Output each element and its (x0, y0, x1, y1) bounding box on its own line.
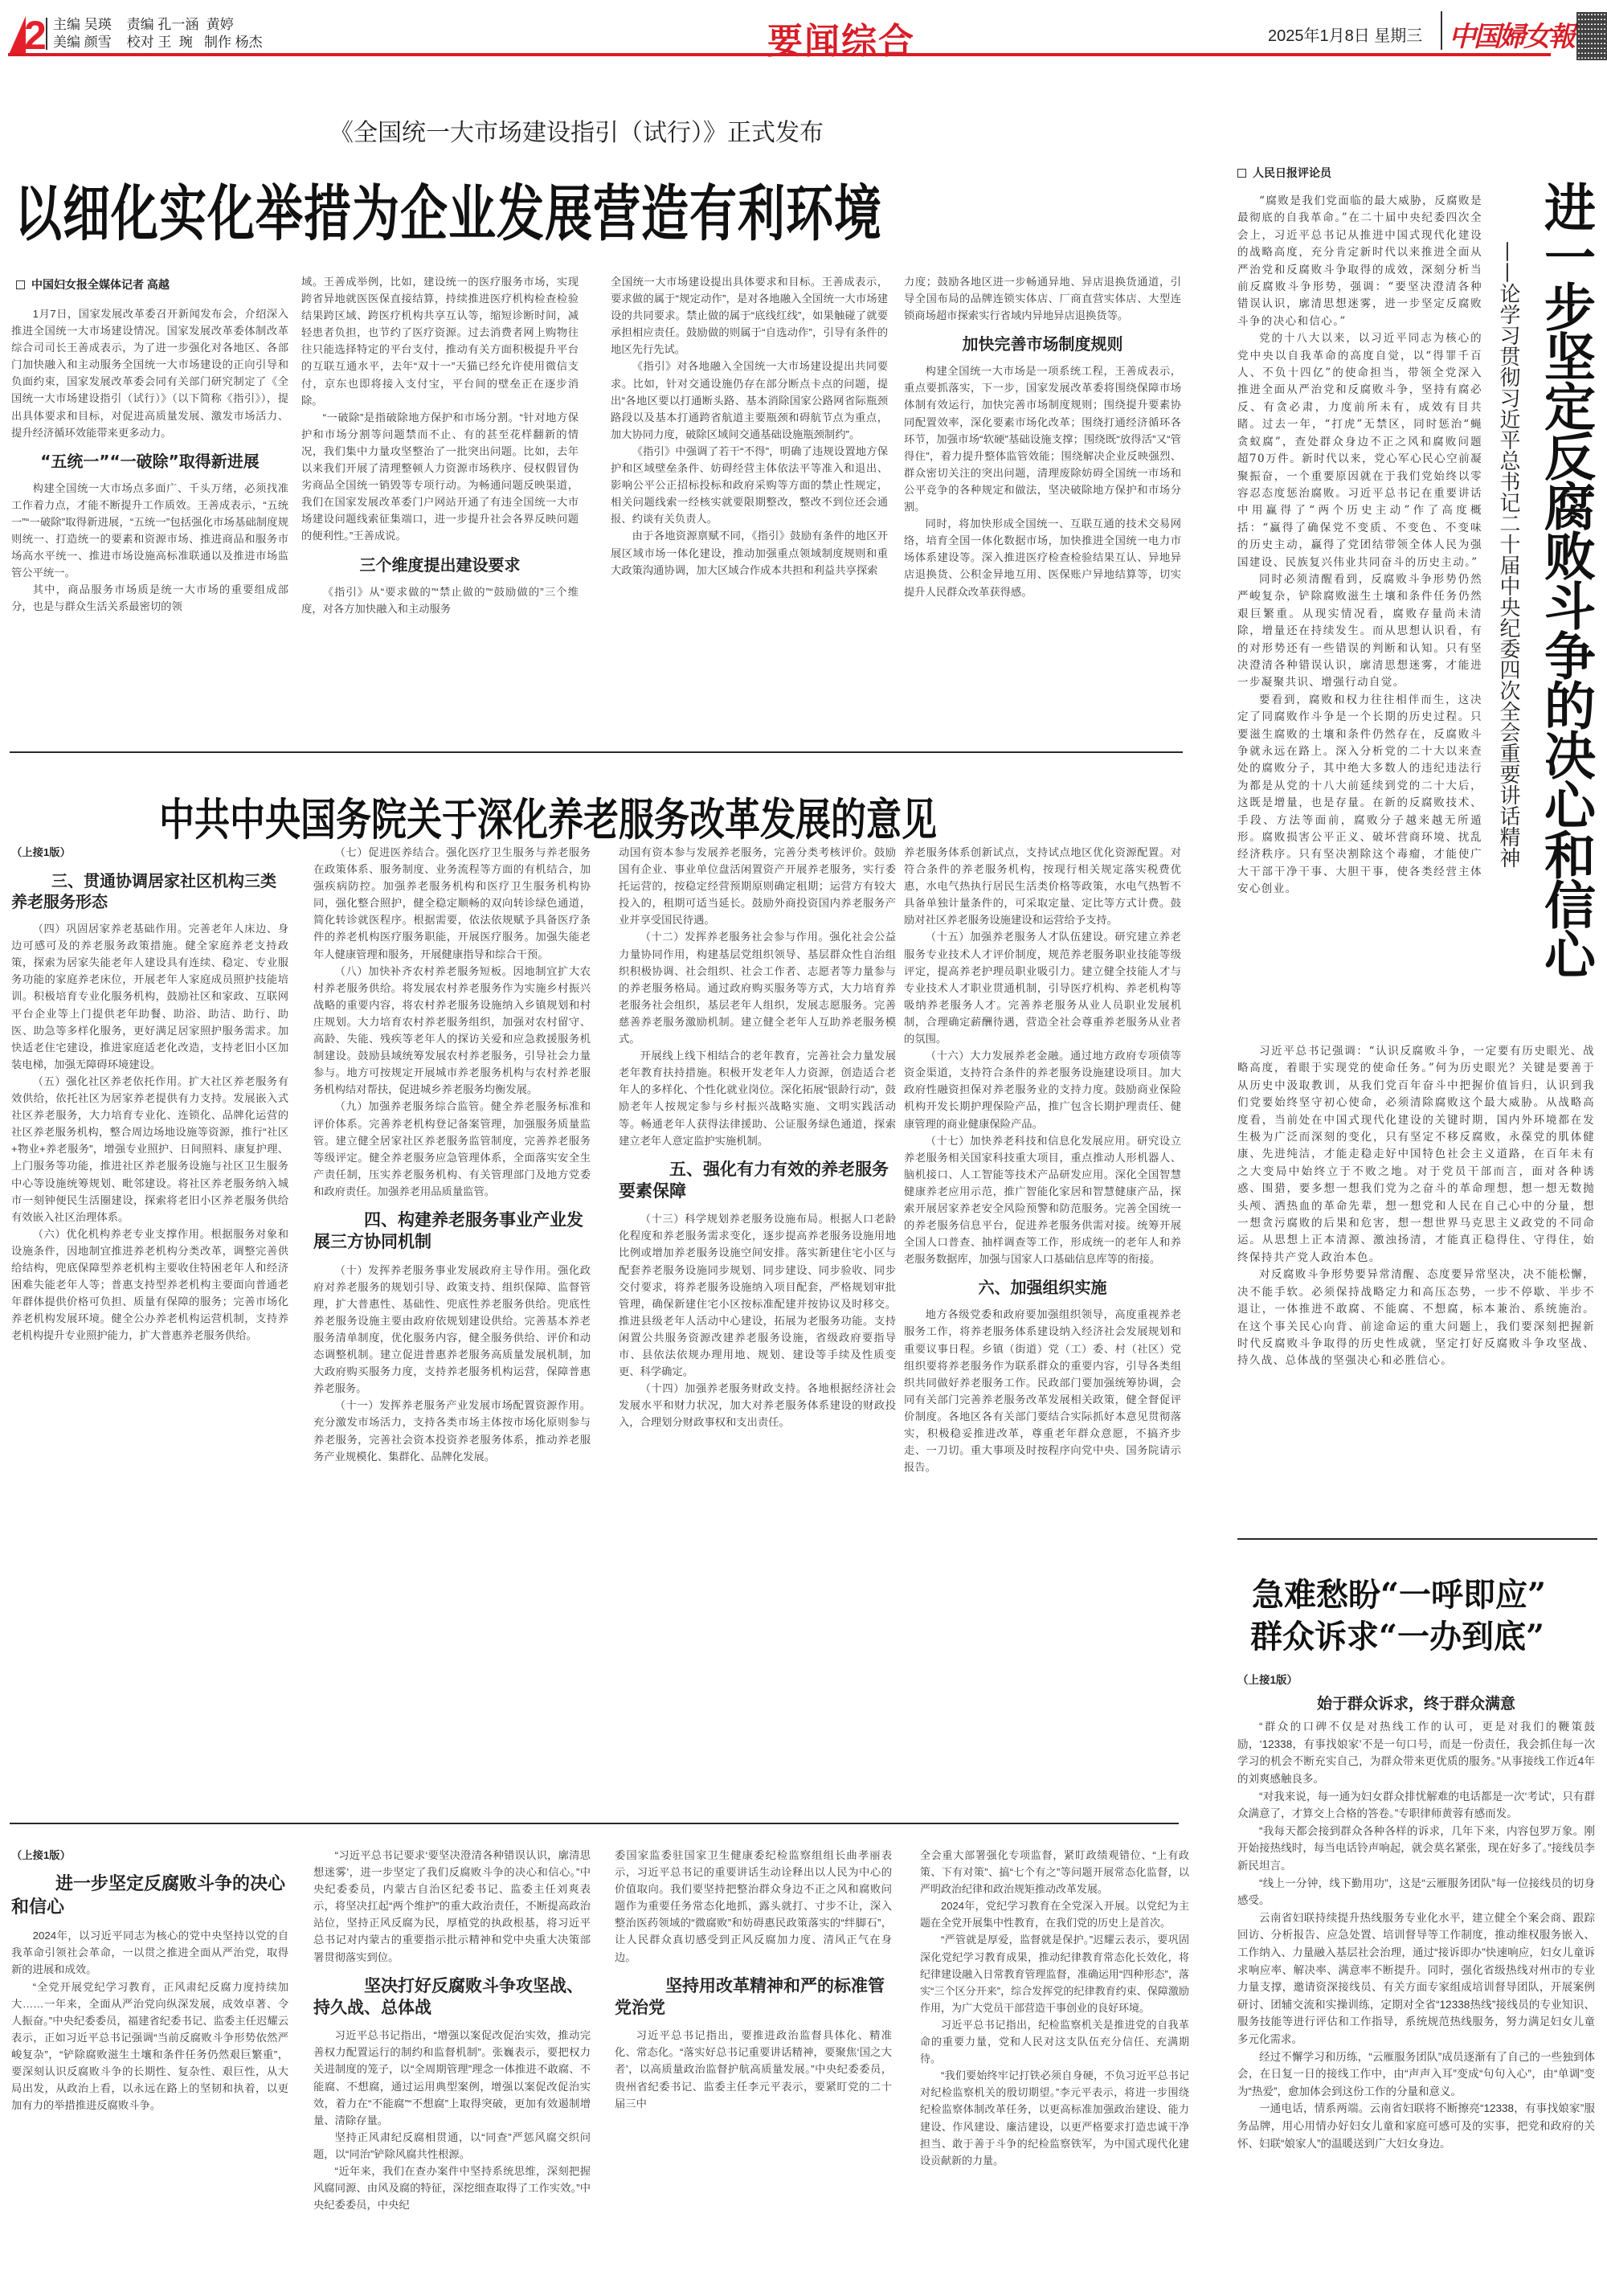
paragraph: “对我来说，每一通为妇女群众排忧解难的电话都是一次‘考试’，只有群众满意了，才算… (1237, 1788, 1595, 1823)
subheading: 六、加强组织实施 (904, 1277, 1181, 1298)
paragraph: 《指引》中强调了若干“不得”，明确了违规设置地方保护和区域壁垒条件、妨碍经营主体… (611, 443, 888, 527)
paragraph: （十七）加快养老科技和信息化发展应用。研究设立养老服务相关国家科技重大项目，重点… (904, 1132, 1181, 1268)
subheading: 坚决打好反腐败斗争攻坚战、持久战、总体战 (313, 1975, 591, 2020)
market-column-3: 全国统一大市场建设提出具体要求和目标。王善成表示，要求做的属于“规定动作”，是对… (611, 273, 888, 579)
paragraph: （九）加强养老服务综合监管。健全养老服务标准和评价体系。完善养老机构登记备案管理… (313, 1098, 591, 1200)
market-column-4: 力度；鼓励各地区进一步畅通异地、异店退换货通道，引导全国布局的品牌连锁实体店、厂… (904, 273, 1181, 600)
editor-credits: 主编 吴瑛 责编 孔一涵 黄婷美编 颜雪 校对 王 琬 制作 杨杰 (53, 16, 263, 51)
subheading: “五统一”“一破除”取得新进展 (11, 451, 288, 472)
paragraph: “一破除”是指破除地方保护和市场分割。“针对地方保护和市场分割等问题禁而不止、有… (301, 409, 579, 545)
paragraph: 构建全国统一大市场点多面广、千头万绪，必须找准工作着力点，才能不断提升工作质效。… (11, 480, 288, 582)
byline-box-icon (1237, 169, 1246, 178)
commentary-subhead-vertical: ——论学习贯彻习近平总书记二十届中央纪委四次全会重要讲话精神 (1496, 241, 1520, 868)
byline-text: 中国妇女报全媒体记者 高越 (31, 278, 170, 291)
paragraph: 由于各地资源禀赋不同，《指引》鼓励有条件的地区开展区域市场一体化建设，推动加强重… (611, 527, 888, 578)
paragraph: （七）促进医养结合。强化医疗卫生服务与养老服务在政策体系、服务制度、业务流程等方… (313, 844, 591, 963)
paragraph: （十一）发挥养老服务产业发展市场配置资源作用。充分激发市场活力，支持各类市场主体… (313, 1397, 591, 1464)
article-headline-line-2[interactable]: 群众诉求“一办到底” (1250, 1617, 1544, 1657)
qr-code-icon[interactable] (1576, 12, 1607, 60)
paragraph: （六）优化机构养老专业支撑作用。根据服务对象和设施条件，因地制宜推进养老机构分类… (11, 1226, 288, 1344)
paragraph: “全党开展党纪学习教育，正风肃纪反腐力度持续加大……一年来，全面从严治党向纵深发… (11, 1979, 288, 2114)
paragraph: 云南省妇联持续提升热线服务专业化水平，建立健全个案会商、跟踪回访、分析报告、应急… (1237, 1909, 1595, 2048)
paragraph: （十五）加强养老服务人才队伍建设。研究建立养老服务专业技术人才评价制度，规范养老… (904, 928, 1181, 1047)
anticorruption-column-3: 委国家监委驻国家卫生健康委纪检监察组组长曲孝丽表示，习近平总书记的重要讲话生动诠… (615, 1847, 892, 2112)
paragraph: 地方各级党委和政府要加强组织领导，高度重视养老服务工作，将养老服务体系建设纳入经… (904, 1306, 1181, 1475)
paragraph: 1月7日，国家发展改革委召开新闻发布会，介绍深入推进全国统一大市场建设情况。国家… (11, 305, 288, 441)
paragraph: “腐败是我们党面临的最大威胁，反腐败是最彻底的自我革命。”在二十届中央纪委四次全… (1237, 193, 1482, 330)
paragraph: 全会重大部署强化专项监督，紧盯政绩观错位、“上有政策、下有对策”、搞“七个有之”… (920, 1847, 1189, 1897)
article-headline[interactable]: 中共中央国务院关于深化养老服务改革发展的意见 (159, 784, 937, 848)
paragraph: 习近平总书记指出，“增强以案促改促治实效，推动完善权力配置运行的制约和监督机制”… (313, 2027, 591, 2129)
continued-label: （上接1版） (11, 844, 288, 861)
commentary-byline: 人民日报评论员 (1237, 165, 1331, 181)
elderly-column-3: 动国有资本参与发展养老服务，完善分类考核评价。鼓励国有企业、事业单位盘活闲置资产… (619, 844, 896, 1431)
paragraph: 域。王善成举例，比如，建设统一的医疗服务市场，实现跨省异地就医医保直接结算，持续… (301, 273, 579, 409)
paragraph: （十四）加强养老服务财政支持。各地根据经济社会发展水平和财力状况，加大对养老服务… (619, 1380, 896, 1430)
page-number-badge: 2 (8, 16, 45, 56)
commentary-body-wide: 习近平总书记强调：“认识反腐败斗争，一定要有历史眼光、战略高度，着眼于实现党的使… (1237, 1043, 1595, 1370)
paragraph: 力度；鼓励各地区进一步畅通异地、异店退换货通道，引导全国布局的品牌连锁实体店、厂… (904, 273, 1181, 324)
article-headline[interactable]: 以细化实化举措为企业发展营造有利环境 (14, 165, 882, 252)
anticorruption-column-1: （上接1版） 进一步坚定反腐败斗争的决心和信心 2024年，以习近平同志为核心的… (11, 1847, 288, 2114)
paragraph: 经过不懈学习和历练，“云雁服务团队”成员逐渐有了自己的一些独到体会，在日复一日的… (1237, 2048, 1595, 2101)
subheading: 进一步坚定反腐败斗争的决心和信心 (11, 1873, 288, 1919)
paragraph: （四）巩固居家养老基础作用。完善老年人床边、身边可感可及的养老服务政策措施。健全… (11, 920, 288, 1073)
paragraph: （十三）科学规划养老服务设施布局。根据人口老龄化程度和养老服务需求变化，逐步提高… (619, 1210, 896, 1380)
continued-label: （上接1版） (11, 1847, 288, 1864)
commentary-headline-vertical[interactable]: 进一步坚定反腐败斗争的决心和信心 (1536, 181, 1594, 978)
paragraph: 习近平总书记强调：“认识反腐败斗争，一定要有历史眼光、战略高度，着眼于实现党的使… (1237, 1043, 1595, 1267)
section-divider (1237, 1538, 1597, 1540)
hotline-body: （上接1版） 始于群众诉求，终于群众满意 “群众的口碑不仅是对热线工作的认可，更… (1237, 1672, 1595, 2152)
elderly-column-1: （上接1版） 三、贯通协调居家社区机构三类养老服务形态 （四）巩固居家养老基础作… (11, 844, 288, 1344)
paragraph: 同时，将加快形成全国统一、互联互通的技术交易网络，培育全国一体化数据市场，加快推… (904, 515, 1181, 600)
paragraph: “我们要始终牢记打铁必须自身硬，不负习近平总书记对纪检监察机关的殷切期望。”李元… (920, 2067, 1189, 2169)
paragraph: 委国家监委驻国家卫生健康委纪检监察组组长曲孝丽表示，习近平总书记的重要讲话生动诠… (615, 1847, 892, 1966)
paragraph: 要看到，腐败和权力往往相伴而生，这决定了同腐败作斗争是一个长期的历史过程。只要滋… (1237, 692, 1482, 898)
commentary-body: “腐败是我们党面临的最大威胁，反腐败是最彻底的自我革命。”在二十届中央纪委四次全… (1237, 193, 1482, 898)
byline-box-icon (16, 280, 25, 289)
paragraph: “习近平总书记要求‘要坚决澄清各种错误认识，廓清思想迷雾’，进一步坚定了我们反腐… (313, 1847, 591, 1966)
subheading: 四、构建养老服务事业产业发展三方协同机制 (313, 1209, 591, 1254)
paragraph: 习近平总书记指出，要推进政治监督具体化、精准化、常态化。“落实好总书记重要讲话精… (615, 2027, 892, 2111)
paragraph: （十二）发挥养老服务社会参与作用。强化社会公益力量协同作用，构建基层党组织领导、… (619, 928, 896, 1047)
paragraph: 同时必须清醒看到，反腐败斗争形势仍然严峻复杂，铲除腐败滋生土壤和条件任务仍然艰巨… (1237, 571, 1482, 692)
section-divider (10, 751, 1183, 753)
credits-line-2: 美编 颜雪 校对 王 琬 制作 杨杰 (53, 34, 263, 51)
page-number: 2 (24, 13, 47, 58)
subheading: 三个维度提出建设要求 (301, 555, 579, 575)
masthead-divider (46, 18, 47, 50)
market-column-2: 域。王善成举例，比如，建设统一的医疗服务市场，实现跨省异地就医医保直接结算，持续… (301, 273, 579, 617)
elderly-column-4: 养老服务体系创新试点，支持试点地区优化资源配置。对符合条件的养老服务机构，按现行… (904, 844, 1181, 1475)
paragraph: 构建全国统一大市场是一项系统工程，王善成表示，重点要抓落实，下一步，国家发展改革… (904, 362, 1181, 515)
paragraph: （十六）大力发展养老金融。通过地方政府专项债等资金渠道，支持符合条件的养老服务设… (904, 1047, 1181, 1132)
paragraph: 养老服务体系创新试点，支持试点地区优化资源配置。对符合条件的养老服务机构，按现行… (904, 844, 1181, 928)
paragraph: “线上一分钟，线下勤用功”，这是“云雁服务团队”每一位接线员的切身感受。 (1237, 1875, 1595, 1909)
section-divider (10, 1823, 1179, 1824)
paragraph: 2024年，以习近平同志为核心的党中央坚持以党的自我革命引领社会革命，一以贯之推… (11, 1927, 288, 1978)
paragraph: 动国有资本参与发展养老服务，完善分类考核评价。鼓励国有企业、事业单位盘活闲置资产… (619, 844, 896, 928)
paragraph: “严管就是厚爱，监督就是保护。”迟耀云表示，要巩固深化党纪学习教育成果，推动纪律… (920, 1931, 1189, 2016)
elderly-column-2: （七）促进医养结合。强化医疗卫生服务与养老服务在政策体系、服务制度、业务流程等方… (313, 844, 591, 1465)
article-headline-line-1[interactable]: 急难愁盼“一呼即应” (1252, 1575, 1546, 1615)
paragraph: 习近平总书记指出，纪检监察机关是推进党的自我革命的重要力量，党和人民对这支队伍充… (920, 2016, 1189, 2067)
page-number-slant (8, 16, 26, 56)
paragraph: 《指引》从“要求做的”“禁止做的”“鼓励做的”三个维度，对各方加快融入和主动服务 (301, 583, 579, 617)
masthead: 2 主编 吴瑛 责编 孔一涵 黄婷美编 颜雪 校对 王 琬 制作 杨杰 要闻综合… (0, 0, 1607, 56)
paragraph: 《指引》对各地融入全国统一大市场建设提出共同要求。比如，针对交通设施仍存在部分断… (611, 358, 888, 442)
subheading: 五、强化有力有效的养老服务要素保障 (619, 1159, 896, 1203)
newspaper-logo[interactable]: 中国婦女報 (1449, 14, 1573, 54)
byline-text: 人民日报评论员 (1253, 166, 1331, 179)
paragraph: （八）加快补齐农村养老服务短板。因地制宜扩大农村养老服务供给。将发展农村养老服务… (313, 963, 591, 1099)
paragraph: 一通电话，情系两端。云南省妇联将不断擦亮“12338，有事找娘家”服务品牌，用心… (1237, 2100, 1595, 2152)
paragraph: 开展线上线下相结合的老年教育，完善社会力量发展老年教育扶持措施。积极开发老年人力… (619, 1047, 896, 1149)
article-kicker: 《全国统一大市场建设指引（试行）》正式发布 (329, 113, 824, 148)
paragraph: 坚持正风肃纪反腐相贯通，以“同查”严惩风腐交织问题，以“同治”铲除风腐共性根源。 (313, 2129, 591, 2163)
subheading: 始于群众诉求，终于群众满意 (1237, 1694, 1595, 1714)
credits-line-1: 主编 吴瑛 责编 孔一涵 黄婷 (53, 16, 263, 34)
masthead-divider-right (1441, 11, 1442, 50)
issue-date: 2025年1月8日 星期三 (1268, 23, 1422, 46)
paragraph: 其中，商品服务市场质是统一大市场的重要组成部分，也是与群众生活关系最密切的领 (11, 581, 288, 615)
continued-label: （上接1版） (1237, 1672, 1595, 1689)
paragraph: 党的十八大以来，以习近平同志为核心的党中央以自我革命的高度自觉，以“得罪千百人、… (1237, 330, 1482, 571)
paragraph: “近年来，我们在查办案件中坚持系统思维，深刻把握风腐同源、由风及腐的特征，深挖细… (313, 2163, 591, 2213)
paragraph: （十）发挥养老服务事业发展政府主导作用。强化政府对养老服务的规划引导、政策支持、… (313, 1262, 591, 1398)
subheading: 坚持用改革精神和严的标准管党治党 (615, 1975, 892, 2020)
paragraph: 全国统一大市场建设提出具体要求和目标。王善成表示，要求做的属于“规定动作”，是对… (611, 273, 888, 358)
paragraph: “群众的口碑不仅是对热线工作的认可，更是对我们的鞭策鼓励，‘12338，有事找娘… (1237, 1718, 1595, 1787)
paragraph: （五）强化社区养老依托作用。扩大社区养老服务有效供给，依托社区为居家养老提供有力… (11, 1073, 288, 1226)
anticorruption-column-4: 全会重大部署强化专项监督，紧盯政绩观错位、“上有政策、下有对策”、搞“七个有之”… (920, 1847, 1189, 2169)
paragraph: 2024年，党纪学习教育在全党深入开展。以党纪为主题在全党开展集中性教育，在我们… (920, 1897, 1189, 1931)
article-byline: 中国妇女报全媒体记者 高越 (16, 276, 170, 293)
paragraph: 对反腐败斗争形势要异常清醒、态度要异常坚决，决不能松懈，决不能手软。必须保持战略… (1237, 1267, 1595, 1369)
paragraph: “我每天都会接到群众各种各样的诉求，几年下来，内容包罗万象。刚开始接热线时，每当… (1237, 1823, 1595, 1875)
subheading: 加快完善市场制度规则 (904, 334, 1181, 354)
anticorruption-column-2: “习近平总书记要求‘要坚决澄清各种错误认识，廓清思想迷雾’，进一步坚定了我们反腐… (313, 1847, 591, 2213)
subheading: 三、贯通协调居家社区机构三类养老服务形态 (11, 870, 288, 912)
masthead-rule (8, 53, 1551, 56)
market-column-1: 1月7日，国家发展改革委召开新闻发布会，介绍深入推进全国统一大市场建设情况。国家… (11, 305, 288, 616)
